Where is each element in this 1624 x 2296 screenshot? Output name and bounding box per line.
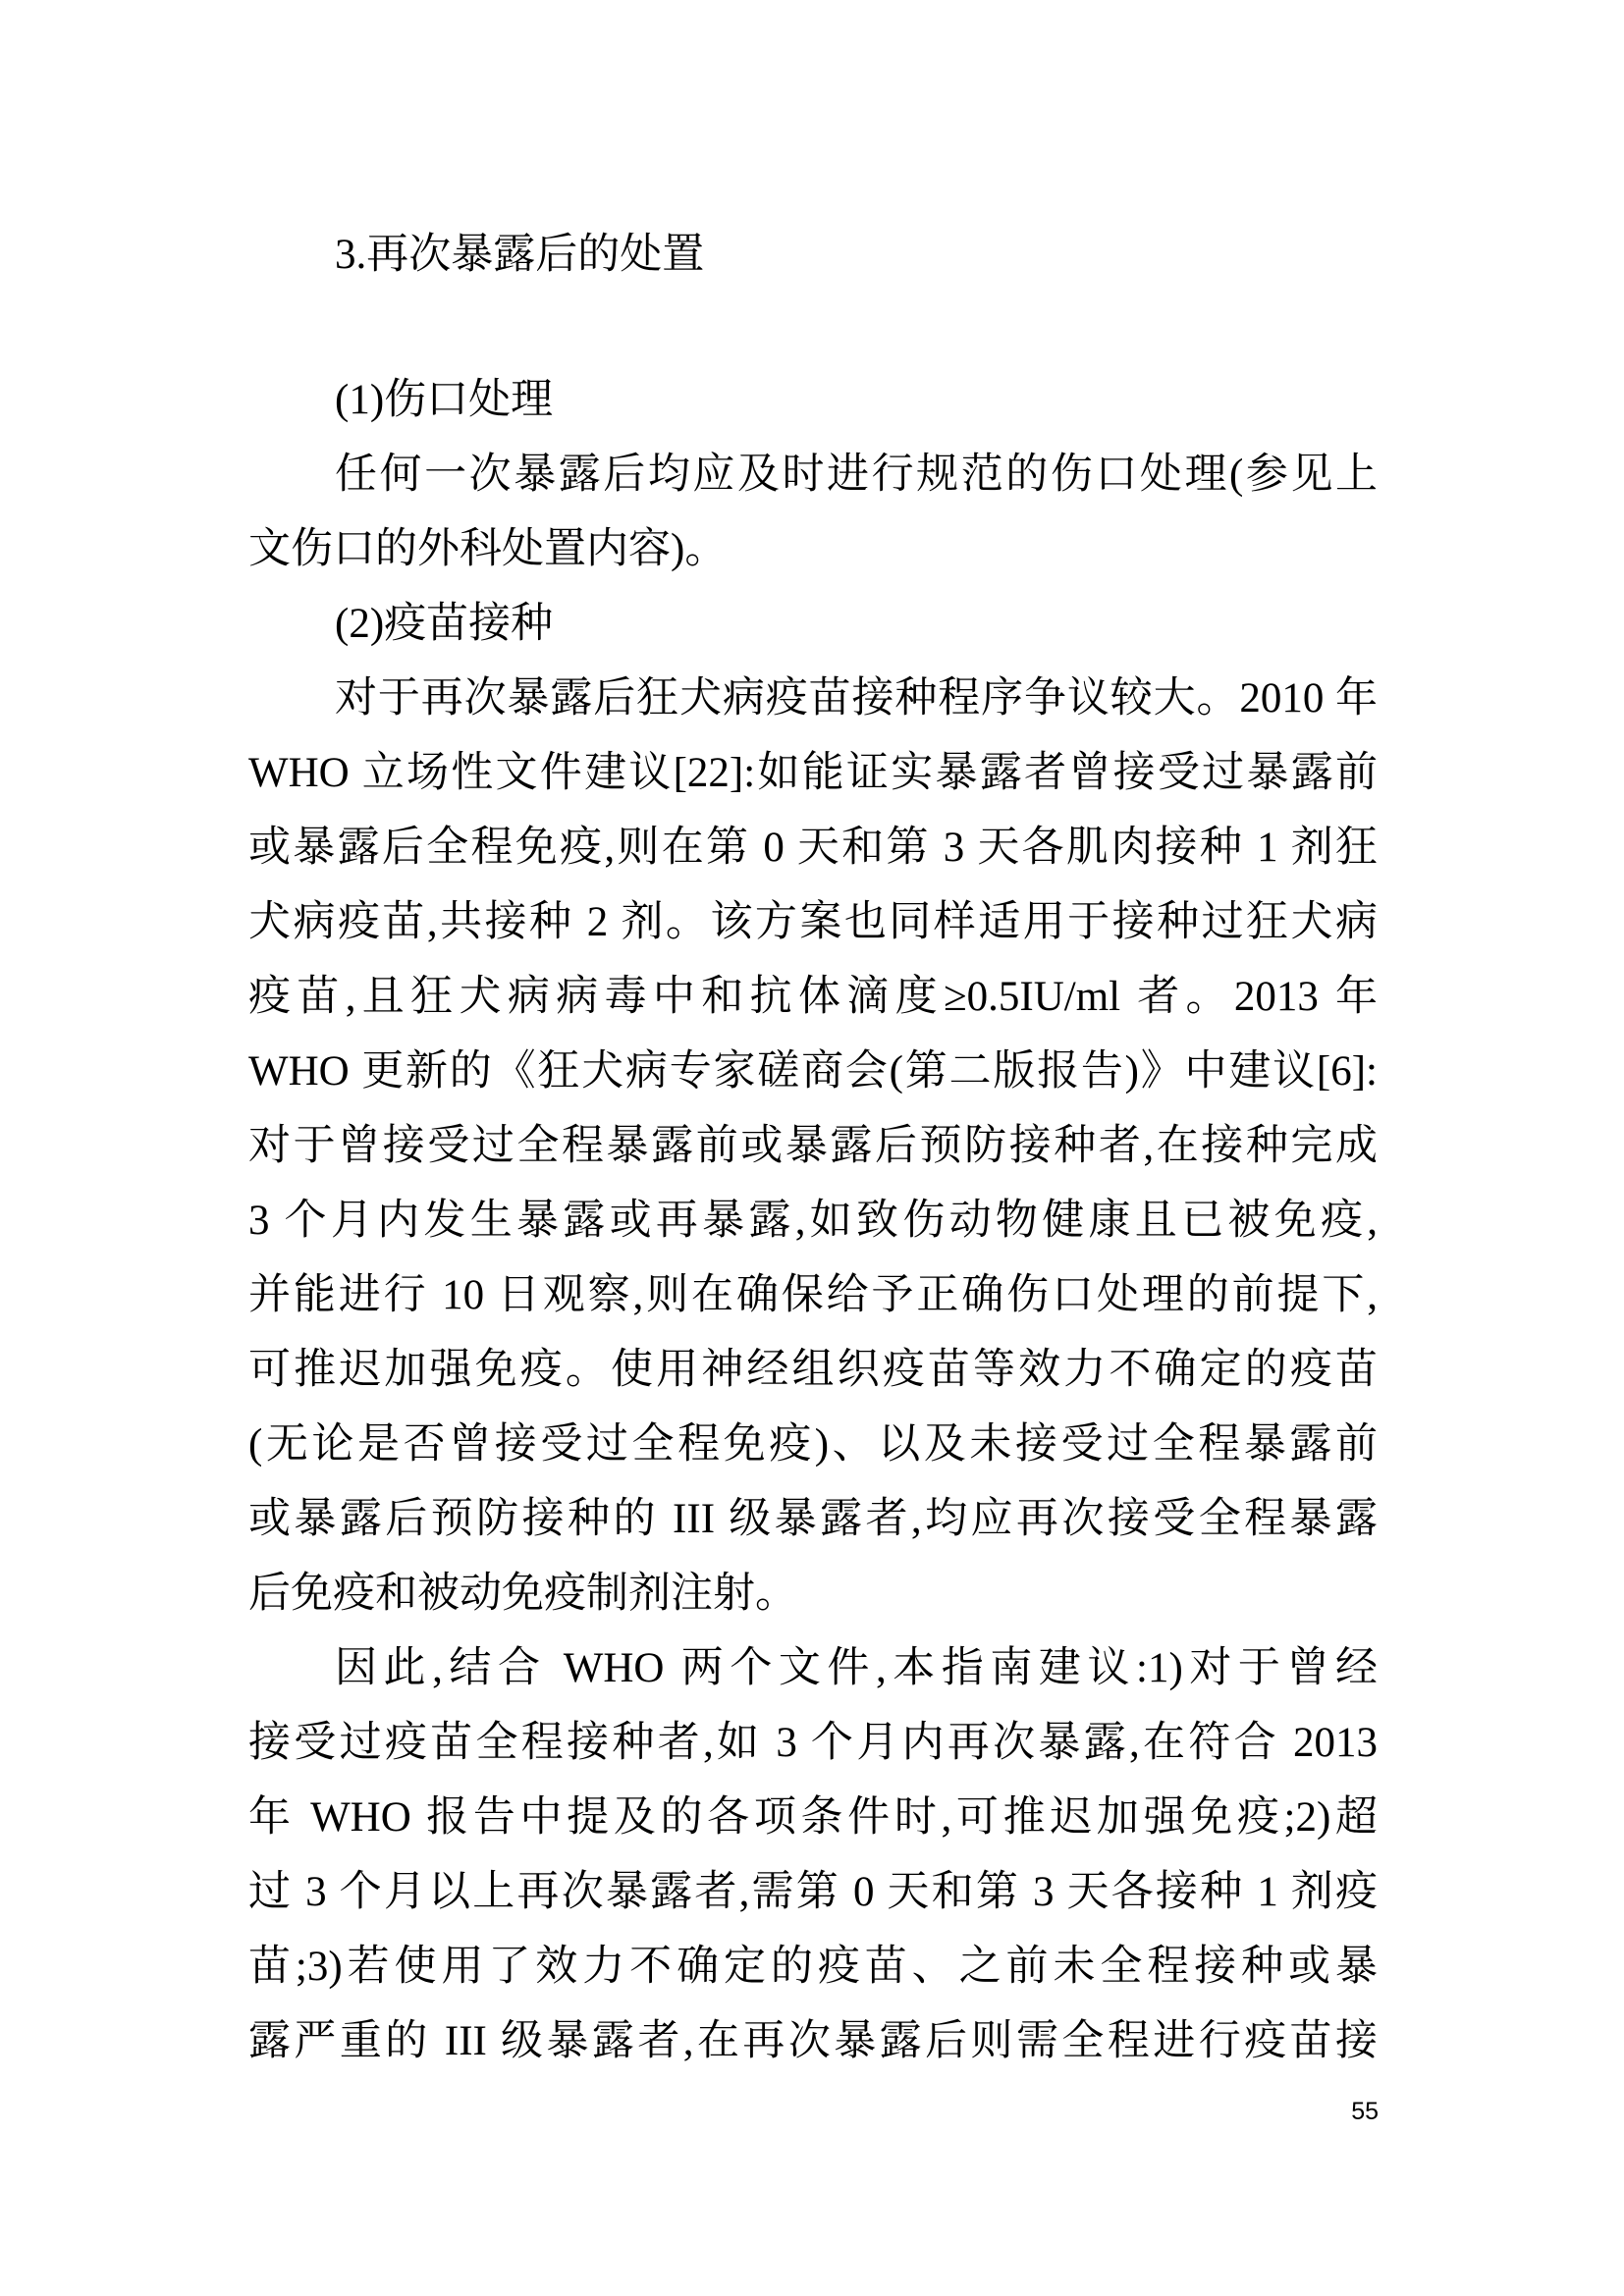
text-line: 过 3 个月以上再次暴露者,需第 0 天和第 3 天各接种 1 剂疫 [248, 1855, 1378, 1930]
document-page: 3.再次暴露后的处置 (1)伤口处理任何一次暴露后均应及时进行规范的伤口处理(参… [0, 0, 1624, 2296]
text-line: 或暴露后全程免疫,则在第 0 天和第 3 天各肌肉接种 1 剂狂 [248, 811, 1378, 885]
text-line: 犬病疫苗,共接种 2 剂。该方案也同样适用于接种过狂犬病 [248, 885, 1378, 960]
text-line: (无论是否曾接受过全程免疫)、以及未接受过全程暴露前 [248, 1408, 1378, 1482]
text-line: 任何一次暴露后均应及时进行规范的伤口处理(参见上 [248, 438, 1378, 512]
text-line: 对于再次暴露后狂犬病疫苗接种程序争议较大。2010 年 [248, 662, 1378, 736]
text-line: 疫苗,且狂犬病病毒中和抗体滴度≥0.5IU/ml 者。2013 年 [248, 960, 1378, 1035]
text-line: 或暴露后预防接种的 III 级暴露者,均应再次接受全程暴露 [248, 1482, 1378, 1557]
text-line: WHO 立场性文件建议[22]:如能证实暴露者曾接受过暴露前 [248, 736, 1378, 811]
section-heading: 3.再次暴露后的处置 [248, 218, 1378, 293]
text-line: 因此,结合 WHO 两个文件,本指南建议:1)对于曾经 [248, 1631, 1378, 1706]
text-line: 3 个月内发生暴露或再暴露,如致伤动物健康且已被免疫, [248, 1184, 1378, 1258]
text-line: (2)疫苗接种 [248, 587, 1378, 662]
text-line: 对于曾接受过全程暴露前或暴露后预防接种者,在接种完成 [248, 1109, 1378, 1184]
text-line: 并能进行 10 日观察,则在确保给予正确伤口处理的前提下, [248, 1258, 1378, 1333]
text-line: WHO 更新的《狂犬病专家磋商会(第二版报告)》中建议[6]: [248, 1035, 1378, 1109]
body-text: (1)伤口处理任何一次暴露后均应及时进行规范的伤口处理(参见上文伤口的外科处置内… [248, 363, 1378, 2079]
text-line: 文伤口的外科处置内容)。 [248, 512, 1378, 587]
text-line: 露严重的 III 级暴露者,在再次暴露后则需全程进行疫苗接 [248, 2004, 1378, 2079]
text-line: 可推迟加强免疫。使用神经组织疫苗等效力不确定的疫苗 [248, 1333, 1378, 1408]
text-line: 接受过疫苗全程接种者,如 3 个月内再次暴露,在符合 2013 [248, 1706, 1378, 1781]
page-number: 55 [1351, 2099, 1379, 2124]
text-line: 后免疫和被动免疫制剂注射。 [248, 1557, 1378, 1631]
text-line: 苗;3)若使用了效力不确定的疫苗、之前未全程接种或暴 [248, 1930, 1378, 2004]
text-line: 年 WHO 报告中提及的各项条件时,可推迟加强免疫;2)超 [248, 1781, 1378, 1855]
text-line: (1)伤口处理 [248, 363, 1378, 438]
